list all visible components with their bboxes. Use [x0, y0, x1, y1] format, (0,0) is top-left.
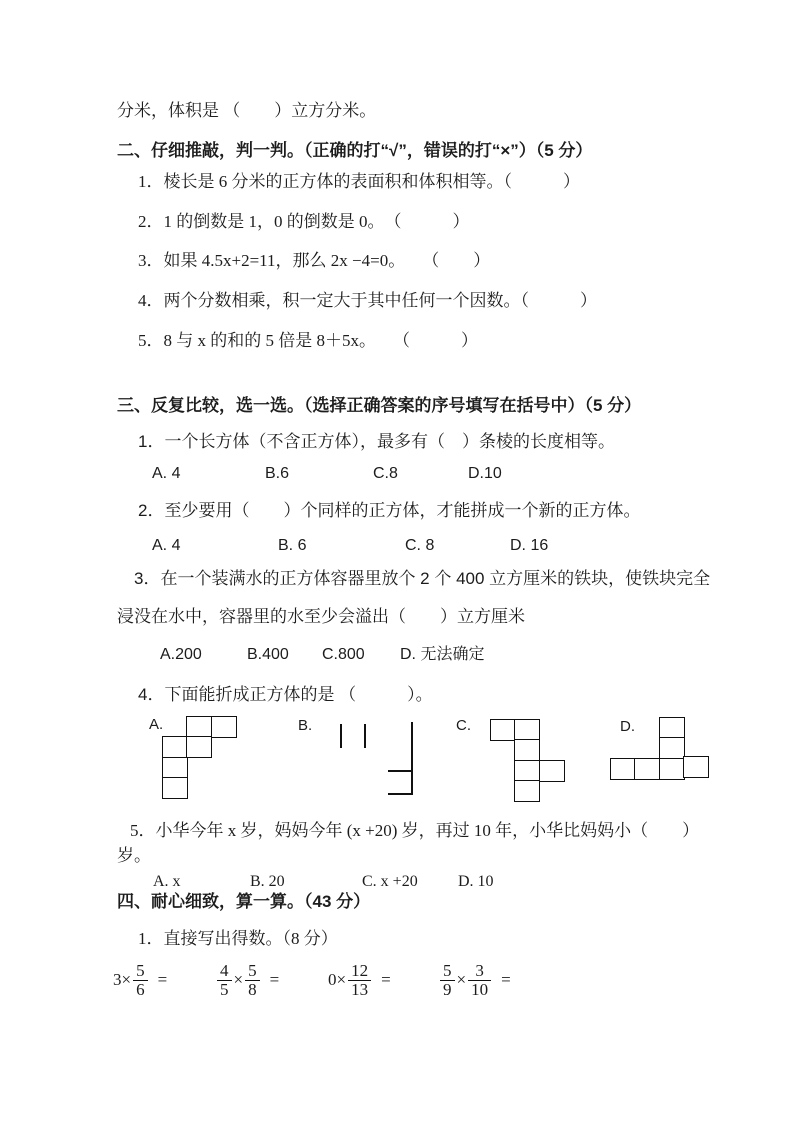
equals-sign: = — [381, 970, 391, 990]
net-c-cell — [514, 719, 540, 741]
section3-q3-line2: 浸没在水中，容器里的水至少会溢出（ ）立方厘米 — [117, 606, 525, 627]
q1-option-b: B.6 — [265, 464, 289, 484]
intro-fill-line: 分米，体积是 （ ）立方分米。 — [117, 100, 376, 121]
net-d-cell — [683, 756, 709, 778]
section2-item-1: 1．棱长是 6 分米的正方体的表面积和体积相等。（ ） — [138, 171, 580, 192]
net-c-label: C. — [456, 717, 471, 736]
net-a-label: A. — [149, 716, 163, 735]
q3-option-a: A.200 — [160, 645, 202, 665]
q3-option-c: C.800 — [322, 645, 365, 665]
net-d-cell — [659, 737, 685, 759]
q3-option-b: B.400 — [247, 645, 289, 665]
calc-expression-3: 0× 12 13 = — [328, 962, 391, 999]
q1-option-c: C.8 — [373, 464, 398, 484]
equals-sign: = — [270, 970, 280, 990]
calc-3-lead: 0× — [328, 970, 346, 990]
net-b-line — [411, 722, 413, 795]
q3-option-d: D. 无法确定 — [400, 645, 484, 665]
times-sign: × — [234, 970, 244, 990]
q2-option-a: A. 4 — [152, 536, 180, 556]
net-b-line — [340, 724, 342, 748]
q1-option-d: D.10 — [468, 464, 502, 484]
net-c-cell — [514, 760, 540, 782]
fraction-numerator: 5 — [133, 962, 148, 981]
q2-option-b: B. 6 — [278, 536, 306, 556]
net-c-cell — [490, 719, 516, 741]
fraction-denominator: 5 — [217, 981, 232, 999]
section2-item-4: 4．两个分数相乘，积一定大于其中任何一个因数。（ ） — [138, 290, 597, 311]
net-d-label: D. — [620, 718, 635, 737]
net-b-label: B. — [298, 717, 312, 736]
fraction-denominator: 8 — [245, 981, 260, 999]
q2-option-c: C. 8 — [405, 536, 434, 556]
fraction-denominator: 9 — [440, 981, 455, 999]
net-a-cell — [162, 757, 188, 779]
section3-q5-line2: 岁。 — [117, 845, 151, 866]
fraction-denominator: 10 — [468, 981, 491, 999]
fraction-denominator: 13 — [348, 981, 371, 999]
section2-item-5: 5．8 与 x 的和的 5 倍是 8＋5x。 （ ） — [138, 330, 478, 351]
fraction-numerator: 5 — [245, 962, 260, 981]
section3-q3-line1: 3．在一个装满水的正方体容器里放个 2 个 400 立方厘米的铁块，使铁块完全 — [134, 568, 710, 589]
net-d-cell — [634, 758, 660, 780]
net-a-cell — [211, 716, 237, 738]
section4-title: 四、耐心细致，算一算。（43 分） — [117, 891, 370, 912]
q1-option-a: A. 4 — [152, 464, 180, 484]
fraction: 5 9 — [440, 962, 455, 999]
section3-q5-line1: 5．小华今年 x 岁，妈妈今年 (x +20) 岁，再过 10 年，小华比妈妈小… — [130, 820, 699, 841]
fraction: 5 6 — [133, 962, 148, 999]
net-c-cell — [539, 760, 565, 782]
times-sign: × — [457, 970, 467, 990]
net-c-cell — [514, 780, 540, 802]
equals-sign: = — [158, 970, 168, 990]
equals-sign: = — [501, 970, 511, 990]
exam-paper-page: 分米，体积是 （ ）立方分米。 二、仔细推敲，判一判。（正确的打“√”，错误的打… — [0, 0, 793, 1122]
net-b-line — [388, 793, 412, 795]
section2-title: 二、仔细推敲，判一判。（正确的打“√”，错误的打“×”）（5 分） — [117, 140, 592, 161]
section3-title: 三、反复比较，选一选。（选择正确答案的序号填写在括号中）（5 分） — [117, 395, 641, 416]
calc-expression-1: 3× 5 6 = — [113, 962, 167, 999]
calc-expression-2: 4 5 × 5 8 = — [217, 962, 279, 999]
q5-option-c: C. x +20 — [362, 872, 418, 892]
fraction-numerator: 12 — [348, 962, 371, 981]
net-d-cell — [610, 758, 636, 780]
net-a-cell — [162, 736, 188, 758]
net-a-cell — [162, 777, 188, 799]
section2-item-3: 3．如果 4.5x+2=11，那么 2x −4=0。 （ ） — [138, 250, 490, 271]
section3-q4-text: 4．下面能折成正方体的是 （ ）。 — [138, 684, 433, 705]
q5-option-a: A. x — [153, 872, 181, 892]
fraction-denominator: 6 — [133, 981, 148, 999]
fraction: 3 10 — [468, 962, 491, 999]
fraction-numerator: 5 — [440, 962, 455, 981]
section2-item-2: 2．1 的倒数是 1，0 的倒数是 0。 （ ） — [138, 211, 470, 232]
q2-option-d: D. 16 — [510, 536, 548, 556]
section3-q2-text: 2．至少要用（ ）个同样的正方体，才能拼成一个新的正方体。 — [138, 500, 640, 521]
fraction: 5 8 — [245, 962, 260, 999]
calc-expression-4: 5 9 × 3 10 = — [440, 962, 511, 999]
net-b-line — [388, 770, 412, 772]
net-a-cell — [186, 736, 212, 758]
q5-option-d: D. 10 — [458, 872, 494, 892]
section4-sub1: 1．直接写出得数。（8 分） — [138, 928, 338, 949]
q5-option-b: B. 20 — [250, 872, 285, 892]
fraction-numerator: 3 — [468, 962, 491, 981]
net-a-cell — [186, 716, 212, 738]
net-b-line — [364, 724, 366, 748]
fraction-numerator: 4 — [217, 962, 232, 981]
net-c-cell — [514, 739, 540, 761]
calc-1-lead: 3× — [113, 970, 131, 990]
net-d-cell — [659, 758, 685, 780]
net-d-cell — [659, 717, 685, 739]
fraction: 4 5 — [217, 962, 232, 999]
section3-q1-text: 1．一个长方体（不含正方体），最多有（ ）条棱的长度相等。 — [138, 431, 615, 452]
fraction: 12 13 — [348, 962, 371, 999]
